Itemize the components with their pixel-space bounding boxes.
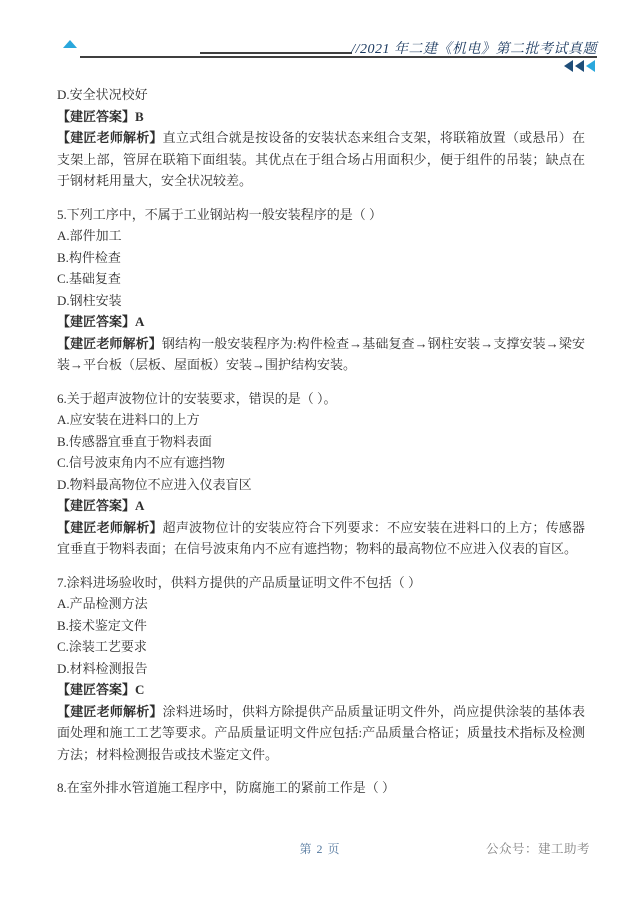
- answer-letter: A: [135, 314, 144, 329]
- option-line: B.构件检查: [57, 247, 585, 269]
- question-stem: 8.在室外排水管道施工程序中，防腐施工的紧前工作是（ ）: [57, 777, 585, 799]
- analysis-label: 【建匠老师解析】: [57, 704, 163, 719]
- analysis-label: 【建匠老师解析】: [57, 336, 162, 351]
- answer-label: 【建匠答案】: [57, 498, 135, 513]
- header-underline: [200, 52, 352, 54]
- document-body: D.安全状况校好 【建匠答案】B 【建匠老师解析】直立式组合就是按设备的安装状态…: [57, 84, 585, 799]
- analysis-paragraph: 【建匠老师解析】钢结构一般安装程序为:构件检查→基础复查→钢柱安装→支撑安装→梁…: [57, 333, 585, 376]
- option-line: C.信号波束角内不应有遮挡物: [57, 452, 585, 474]
- answer-label: 【建匠答案】: [57, 682, 135, 697]
- question-stem: 6.关于超声波物位计的安装要求，错误的是（ ）。: [57, 388, 585, 410]
- option-line: A.应安装在进料口的上方: [57, 409, 585, 431]
- answer-letter: C: [135, 682, 144, 697]
- option-line: B.接术鉴定文件: [57, 615, 585, 637]
- analysis-label: 【建匠老师解析】: [57, 520, 163, 535]
- answer-line: 【建匠答案】A: [57, 311, 585, 333]
- answer-line: 【建匠答案】B: [57, 106, 585, 128]
- question-block-7: 7.涂料进场验收时，供料方提供的产品质量证明文件不包括（ ） A.产品检测方法 …: [57, 572, 585, 766]
- document-page: //2021 年二建《机电》第二批考试真题 D.安全状况校好 【建匠答案】B 【…: [0, 0, 640, 905]
- answer-label: 【建匠答案】: [57, 314, 135, 329]
- question-block-6: 6.关于超声波物位计的安装要求，错误的是（ ）。 A.应安装在进料口的上方 B.…: [57, 388, 585, 560]
- option-line: D.材料检测报告: [57, 658, 585, 680]
- footer-channel-label: 公众号：建工助考: [486, 839, 590, 857]
- header-title: //2021 年二建《机电》第二批考试真题: [351, 38, 597, 58]
- question-block-5: 5.下列工序中，不属于工业钢站构一般安装程序的是（ ） A.部件加工 B.构件检…: [57, 204, 585, 376]
- option-line: C.涂装工艺要求: [57, 636, 585, 658]
- option-line: D.钢柱安装: [57, 290, 585, 312]
- question-stem: 5.下列工序中，不属于工业钢站构一般安装程序的是（ ）: [57, 204, 585, 226]
- triple-left-triangle-icon: [564, 60, 595, 72]
- option-line: A.产品检测方法: [57, 593, 585, 615]
- analysis-paragraph: 【建匠老师解析】涂料进场时，供料方除提供产品质量证明文件外，尚应提供涂装的基体表…: [57, 701, 585, 766]
- left-triangle-icon: [586, 60, 595, 72]
- answer-letter: A: [135, 498, 144, 513]
- answer-line: 【建匠答案】A: [57, 495, 585, 517]
- analysis-paragraph: 【建匠老师解析】直立式组合就是按设备的安装状态来组合支架，将联箱放置（或悬吊）在…: [57, 127, 585, 192]
- left-triangle-icon: [564, 60, 573, 72]
- analysis-paragraph: 【建匠老师解析】超声波物位计的安装应符合下列要求：不应安装在进料口的上方；传感器…: [57, 517, 585, 560]
- answer-line: 【建匠答案】C: [57, 679, 585, 701]
- option-line: D.物料最高物位不应进入仪表盲区: [57, 474, 585, 496]
- option-line: B.传感器宜垂直于物料表面: [57, 431, 585, 453]
- question-stem: 7.涂料进场验收时，供料方提供的产品质量证明文件不包括（ ）: [57, 572, 585, 594]
- option-line: A.部件加工: [57, 225, 585, 247]
- option-line: D.安全状况校好: [57, 84, 585, 106]
- option-line: C.基础复查: [57, 268, 585, 290]
- up-triangle-icon: [63, 40, 77, 48]
- analysis-label: 【建匠老师解析】: [57, 130, 163, 145]
- left-triangle-icon: [575, 60, 584, 72]
- answer-letter: B: [135, 109, 144, 124]
- question-block-8: 8.在室外排水管道施工程序中，防腐施工的紧前工作是（ ）: [57, 777, 585, 799]
- question-block-carryover: D.安全状况校好 【建匠答案】B 【建匠老师解析】直立式组合就是按设备的安装状态…: [57, 84, 585, 192]
- answer-label: 【建匠答案】: [57, 109, 135, 124]
